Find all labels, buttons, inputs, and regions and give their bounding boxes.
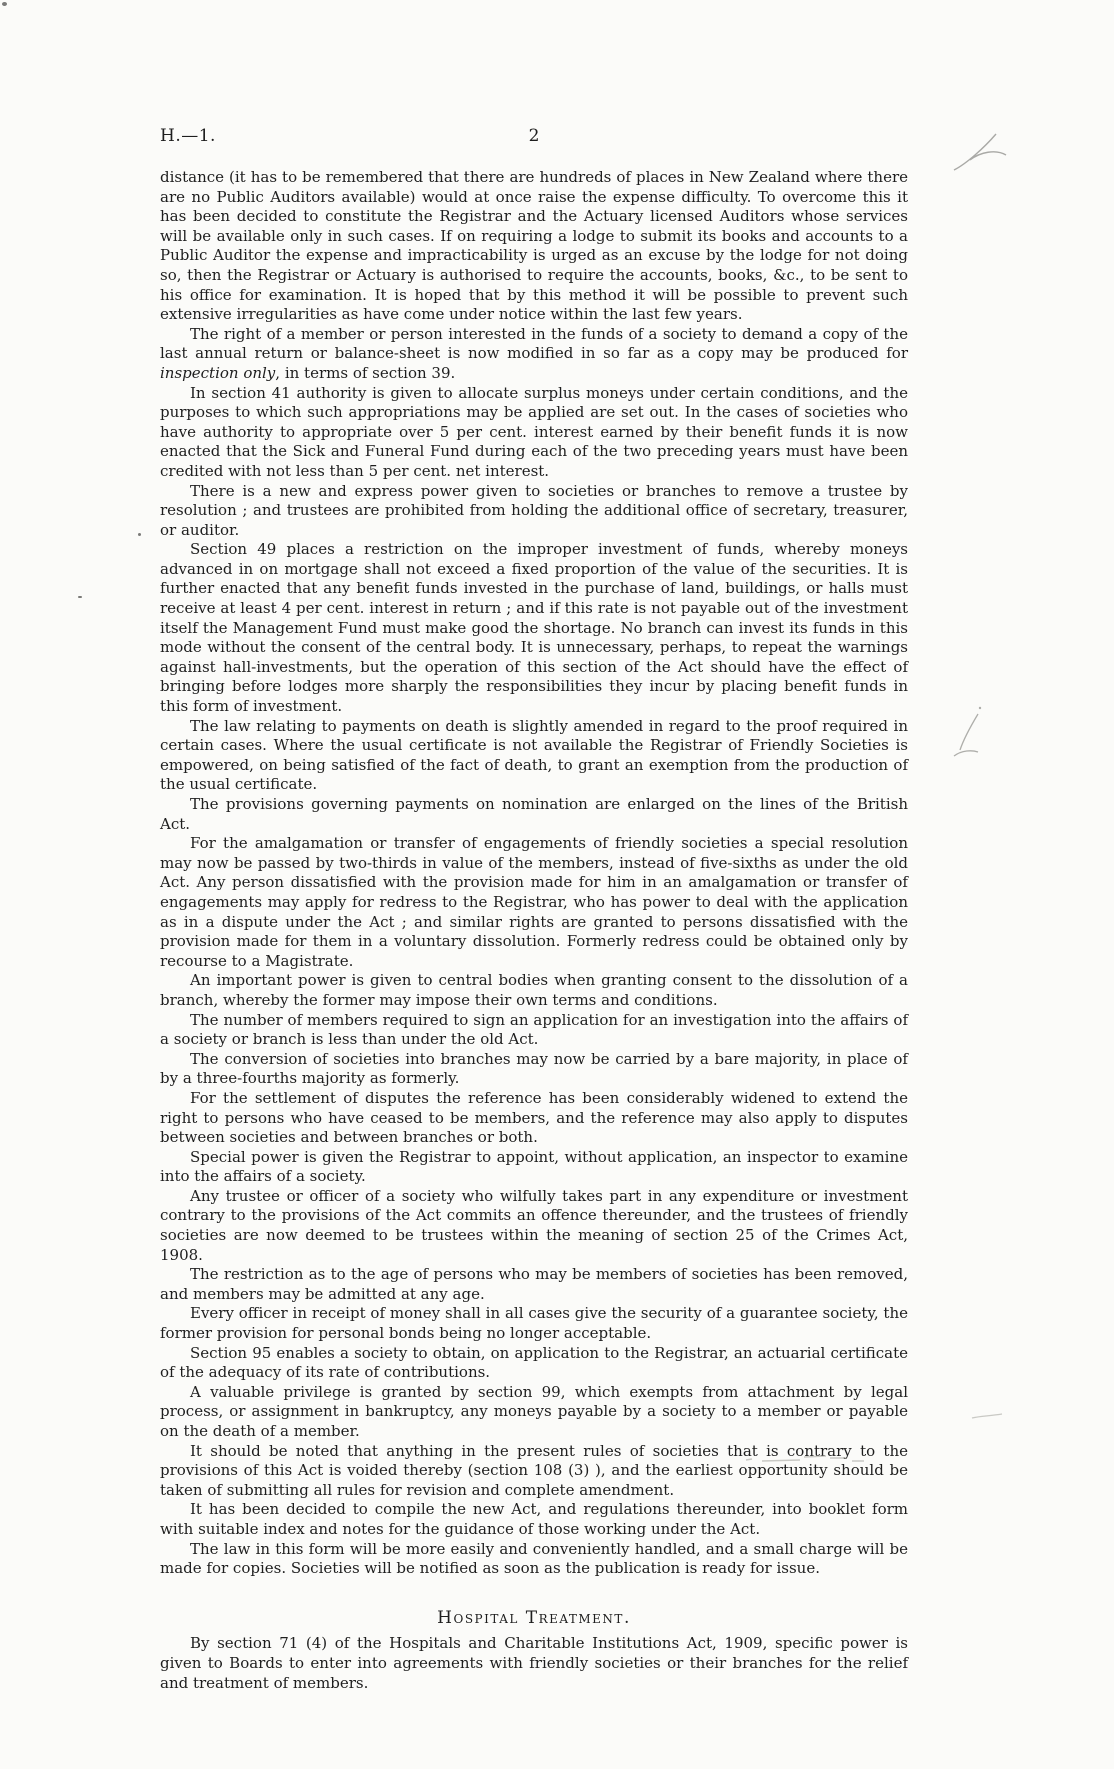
text-run: The law in this form will be more easily…: [160, 1540, 908, 1578]
text-run: It has been decided to compile the new A…: [160, 1500, 908, 1538]
text-run: The restriction as to the age of persons…: [160, 1265, 908, 1303]
text-run: A valuable privilege is granted by secti…: [160, 1383, 908, 1440]
text-run: Section 95 enables a society to obtain, …: [160, 1344, 908, 1382]
paragraph: The restriction as to the age of persons…: [160, 1265, 908, 1304]
text-run: The right of a member or person interest…: [160, 325, 908, 363]
paragraph: Section 95 enables a society to obtain, …: [160, 1344, 908, 1383]
paragraph: The provisions governing payments on nom…: [160, 795, 908, 834]
document-page: H.—1. 2 distance (it has to be remembere…: [0, 0, 1114, 1769]
paragraph: There is a new and express power given t…: [160, 482, 908, 541]
paragraph: It should be noted that anything in the …: [160, 1442, 908, 1501]
paragraph: For the amalgamation or transfer of enga…: [160, 834, 908, 971]
paragraph: Every officer in receipt of money shall …: [160, 1304, 908, 1343]
paragraph: The conversion of societies into branche…: [160, 1050, 908, 1089]
scan-speck: [78, 596, 82, 598]
paragraph: By section 71 (4) of the Hospitals and C…: [160, 1634, 908, 1693]
section-heading: Hospital Treatment.: [160, 1609, 908, 1629]
paragraph: An important power is given to central b…: [160, 971, 908, 1010]
page-number: 2: [160, 126, 908, 146]
text-run: The conversion of societies into branche…: [160, 1050, 908, 1088]
paragraph: Special power is given the Registrar to …: [160, 1148, 908, 1187]
paragraph: It has been decided to compile the new A…: [160, 1500, 908, 1539]
section-paragraphs: By section 71 (4) of the Hospitals and C…: [160, 1634, 908, 1693]
text-run: By section 71 (4) of the Hospitals and C…: [160, 1634, 908, 1691]
pencil-mark-middle-right: [950, 700, 994, 760]
text-run: In section 41 authority is given to allo…: [160, 384, 908, 480]
paragraph: The law relating to payments on death is…: [160, 717, 908, 795]
scan-speck: [2, 2, 7, 6]
text-run: Every officer in receipt of money shall …: [160, 1304, 908, 1342]
text-run: distance (it has to be remembered that t…: [160, 168, 908, 323]
scan-speck: [138, 533, 141, 536]
text-run: Any trustee or officer of a society who …: [160, 1187, 908, 1264]
text-run: The provisions governing payments on nom…: [160, 795, 908, 833]
text-run: Special power is given the Registrar to …: [160, 1148, 908, 1186]
paragraph: Any trustee or officer of a society who …: [160, 1187, 908, 1265]
italic-text-run: inspection only: [160, 364, 275, 382]
paragraph: In section 41 authority is given to allo…: [160, 384, 908, 482]
text-run: For the amalgamation or transfer of enga…: [160, 834, 908, 970]
page-header: H.—1. 2: [160, 126, 908, 150]
paragraph: For the settlement of disputes the refer…: [160, 1089, 908, 1148]
text-run: An important power is given to central b…: [160, 971, 908, 1009]
paragraph: The number of members required to sign a…: [160, 1011, 908, 1050]
paragraph: The law in this form will be more easily…: [160, 1540, 908, 1579]
text-run: For the settlement of disputes the refer…: [160, 1089, 908, 1146]
paragraph: A valuable privilege is granted by secti…: [160, 1383, 908, 1442]
text-run: , in terms of section 39.: [275, 364, 455, 382]
text-run: There is a new and express power given t…: [160, 482, 908, 539]
pencil-mark-top-right: [948, 122, 1014, 182]
paragraph: distance (it has to be remembered that t…: [160, 168, 908, 325]
pencil-tick-bottom-right: [968, 1396, 1008, 1426]
text-run: Section 49 places a restriction on the i…: [160, 540, 908, 715]
text-run: The number of members required to sign a…: [160, 1011, 908, 1049]
paragraph: Section 49 places a restriction on the i…: [160, 540, 908, 716]
text-run: The law relating to payments on death is…: [160, 717, 908, 794]
document-body: distance (it has to be remembered that t…: [160, 168, 908, 1693]
paragraph: The right of a member or person interest…: [160, 325, 908, 384]
main-paragraphs: distance (it has to be remembered that t…: [160, 168, 908, 1579]
text-run: It should be noted that anything in the …: [160, 1442, 908, 1499]
